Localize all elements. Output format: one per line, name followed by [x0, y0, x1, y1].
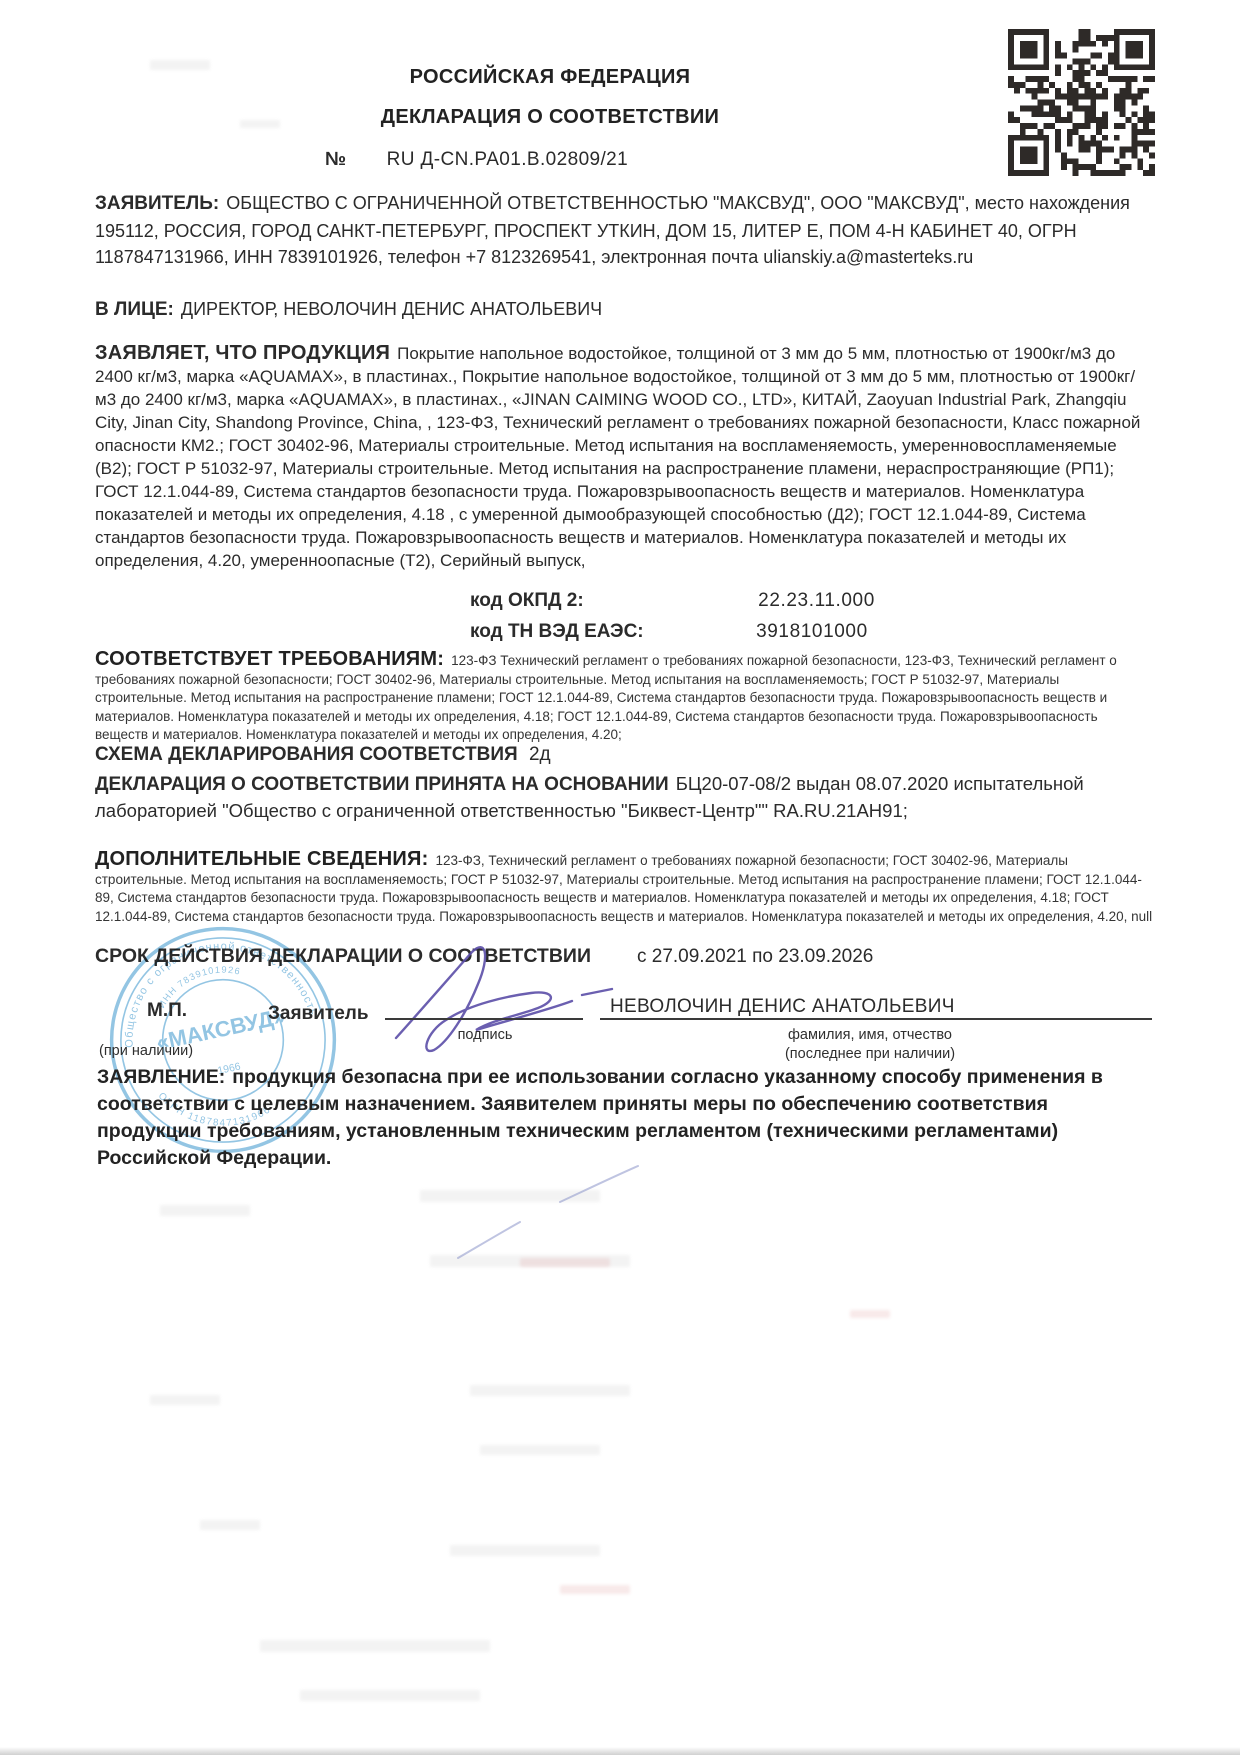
number-label: № [325, 149, 347, 170]
tnved-label: код ТН ВЭД ЕАЭС: [470, 621, 644, 642]
declaration-number: RU Д-CN.РА01.В.02809/21 [387, 149, 629, 170]
declaration-number-line: №RU Д-CN.РА01.В.02809/21 [325, 149, 628, 171]
signatory-name: НЕВОЛОЧИН ДЕНИС АНАТОЛЬЕВИЧ [610, 996, 955, 1018]
okpd-row: код ОКПД 2: 22.23.11.000 [470, 590, 875, 612]
scan-bottom-edge [0, 1747, 1240, 1755]
country-header: РОССИЙСКАЯ ФЕДЕРАЦИЯ [90, 66, 1010, 89]
qr-code [1005, 29, 1158, 176]
complies-label: СООТВЕТСТВУЕТ ТРЕБОВАНИЯМ: [95, 648, 444, 670]
statement-text: продукция безопасна при ее использовании… [97, 1066, 1103, 1169]
scheme-label: СХЕМА ДЕКЛАРИРОВАНИЯ СООТВЕТСТВИЯ [95, 744, 518, 765]
applicant-text: ОБЩЕСТВО С ОГРАНИЧЕННОЙ ОТВЕТСТВЕННОСТЬЮ… [95, 193, 1130, 267]
declares-label: ЗАЯВЛЯЕТ, ЧТО ПРОДУКЦИЯ [95, 342, 390, 364]
name-line [600, 1018, 1152, 1020]
basis-section: ДЕКЛАРАЦИЯ О СООТВЕТСТВИИ ПРИНЯТА НА ОСН… [95, 771, 1153, 824]
name-caption-1: фамилия, имя, отчество [660, 1027, 1080, 1043]
complies-section: СООТВЕТСТВУЕТ ТРЕБОВАНИЯМ:123-ФЗ Техниче… [95, 650, 1153, 745]
applicant-section: ЗАЯВИТЕЛЬ:ОБЩЕСТВО С ОГРАНИЧЕННОЙ ОТВЕТС… [95, 190, 1153, 271]
tnved-value: 3918101000 [756, 621, 868, 642]
in-person-text: ДИРЕКТОР, НЕВОЛОЧИН ДЕНИС АНАТОЛЬЕВИЧ [181, 299, 602, 319]
applicant-sign-label: Заявитель [268, 1003, 369, 1025]
declares-section: ЗАЯВЛЯЕТ, ЧТО ПРОДУКЦИЯПокрытие напольно… [95, 342, 1153, 572]
validity-value: с 27.09.2021 по 23.09.2026 [637, 946, 873, 967]
applicant-label: ЗАЯВИТЕЛЬ: [95, 193, 219, 214]
statement-section: ЗАЯВЛЕНИЕ:продукция безопасна при ее исп… [97, 1064, 1149, 1172]
declares-text: Покрытие напольное водостойкое, толщиной… [95, 344, 1140, 570]
mp-label: М.П. [147, 1000, 187, 1022]
scheme-value: 2д [529, 744, 551, 765]
mp-note: (при наличии) [99, 1043, 193, 1059]
document-title: ДЕКЛАРАЦИЯ О СООТВЕТСТВИИ [90, 106, 1010, 129]
signature-caption: подпись [395, 1027, 575, 1043]
statement-label: ЗАЯВЛЕНИЕ: [97, 1066, 225, 1088]
okpd-label: код ОКПД 2: [470, 590, 584, 611]
ink-bleed-strokes [440, 1160, 680, 1280]
okpd-value: 22.23.11.000 [758, 590, 875, 611]
basis-label: ДЕКЛАРАЦИЯ О СООТВЕТСТВИИ ПРИНЯТА НА ОСН… [95, 774, 669, 795]
tnved-row: код ТН ВЭД ЕАЭС: 3918101000 [470, 621, 868, 643]
scheme-row: СХЕМА ДЕКЛАРИРОВАНИЯ СООТВЕТСТВИЯ 2д [95, 744, 551, 766]
name-caption-2: (последнее при наличии) [660, 1046, 1080, 1062]
in-person-label: В ЛИЦЕ: [95, 299, 174, 320]
in-person-section: В ЛИЦЕ:ДИРЕКТОР, НЕВОЛОЧИН ДЕНИС АНАТОЛЬ… [95, 296, 1153, 324]
signature-line [385, 1018, 583, 1020]
additional-label: ДОПОЛНИТЕЛЬНЫЕ СВЕДЕНИЯ: [95, 848, 428, 870]
declaration-document: РОССИЙСКАЯ ФЕДЕРАЦИЯ ДЕКЛАРАЦИЯ О СООТВЕ… [0, 0, 1240, 1755]
